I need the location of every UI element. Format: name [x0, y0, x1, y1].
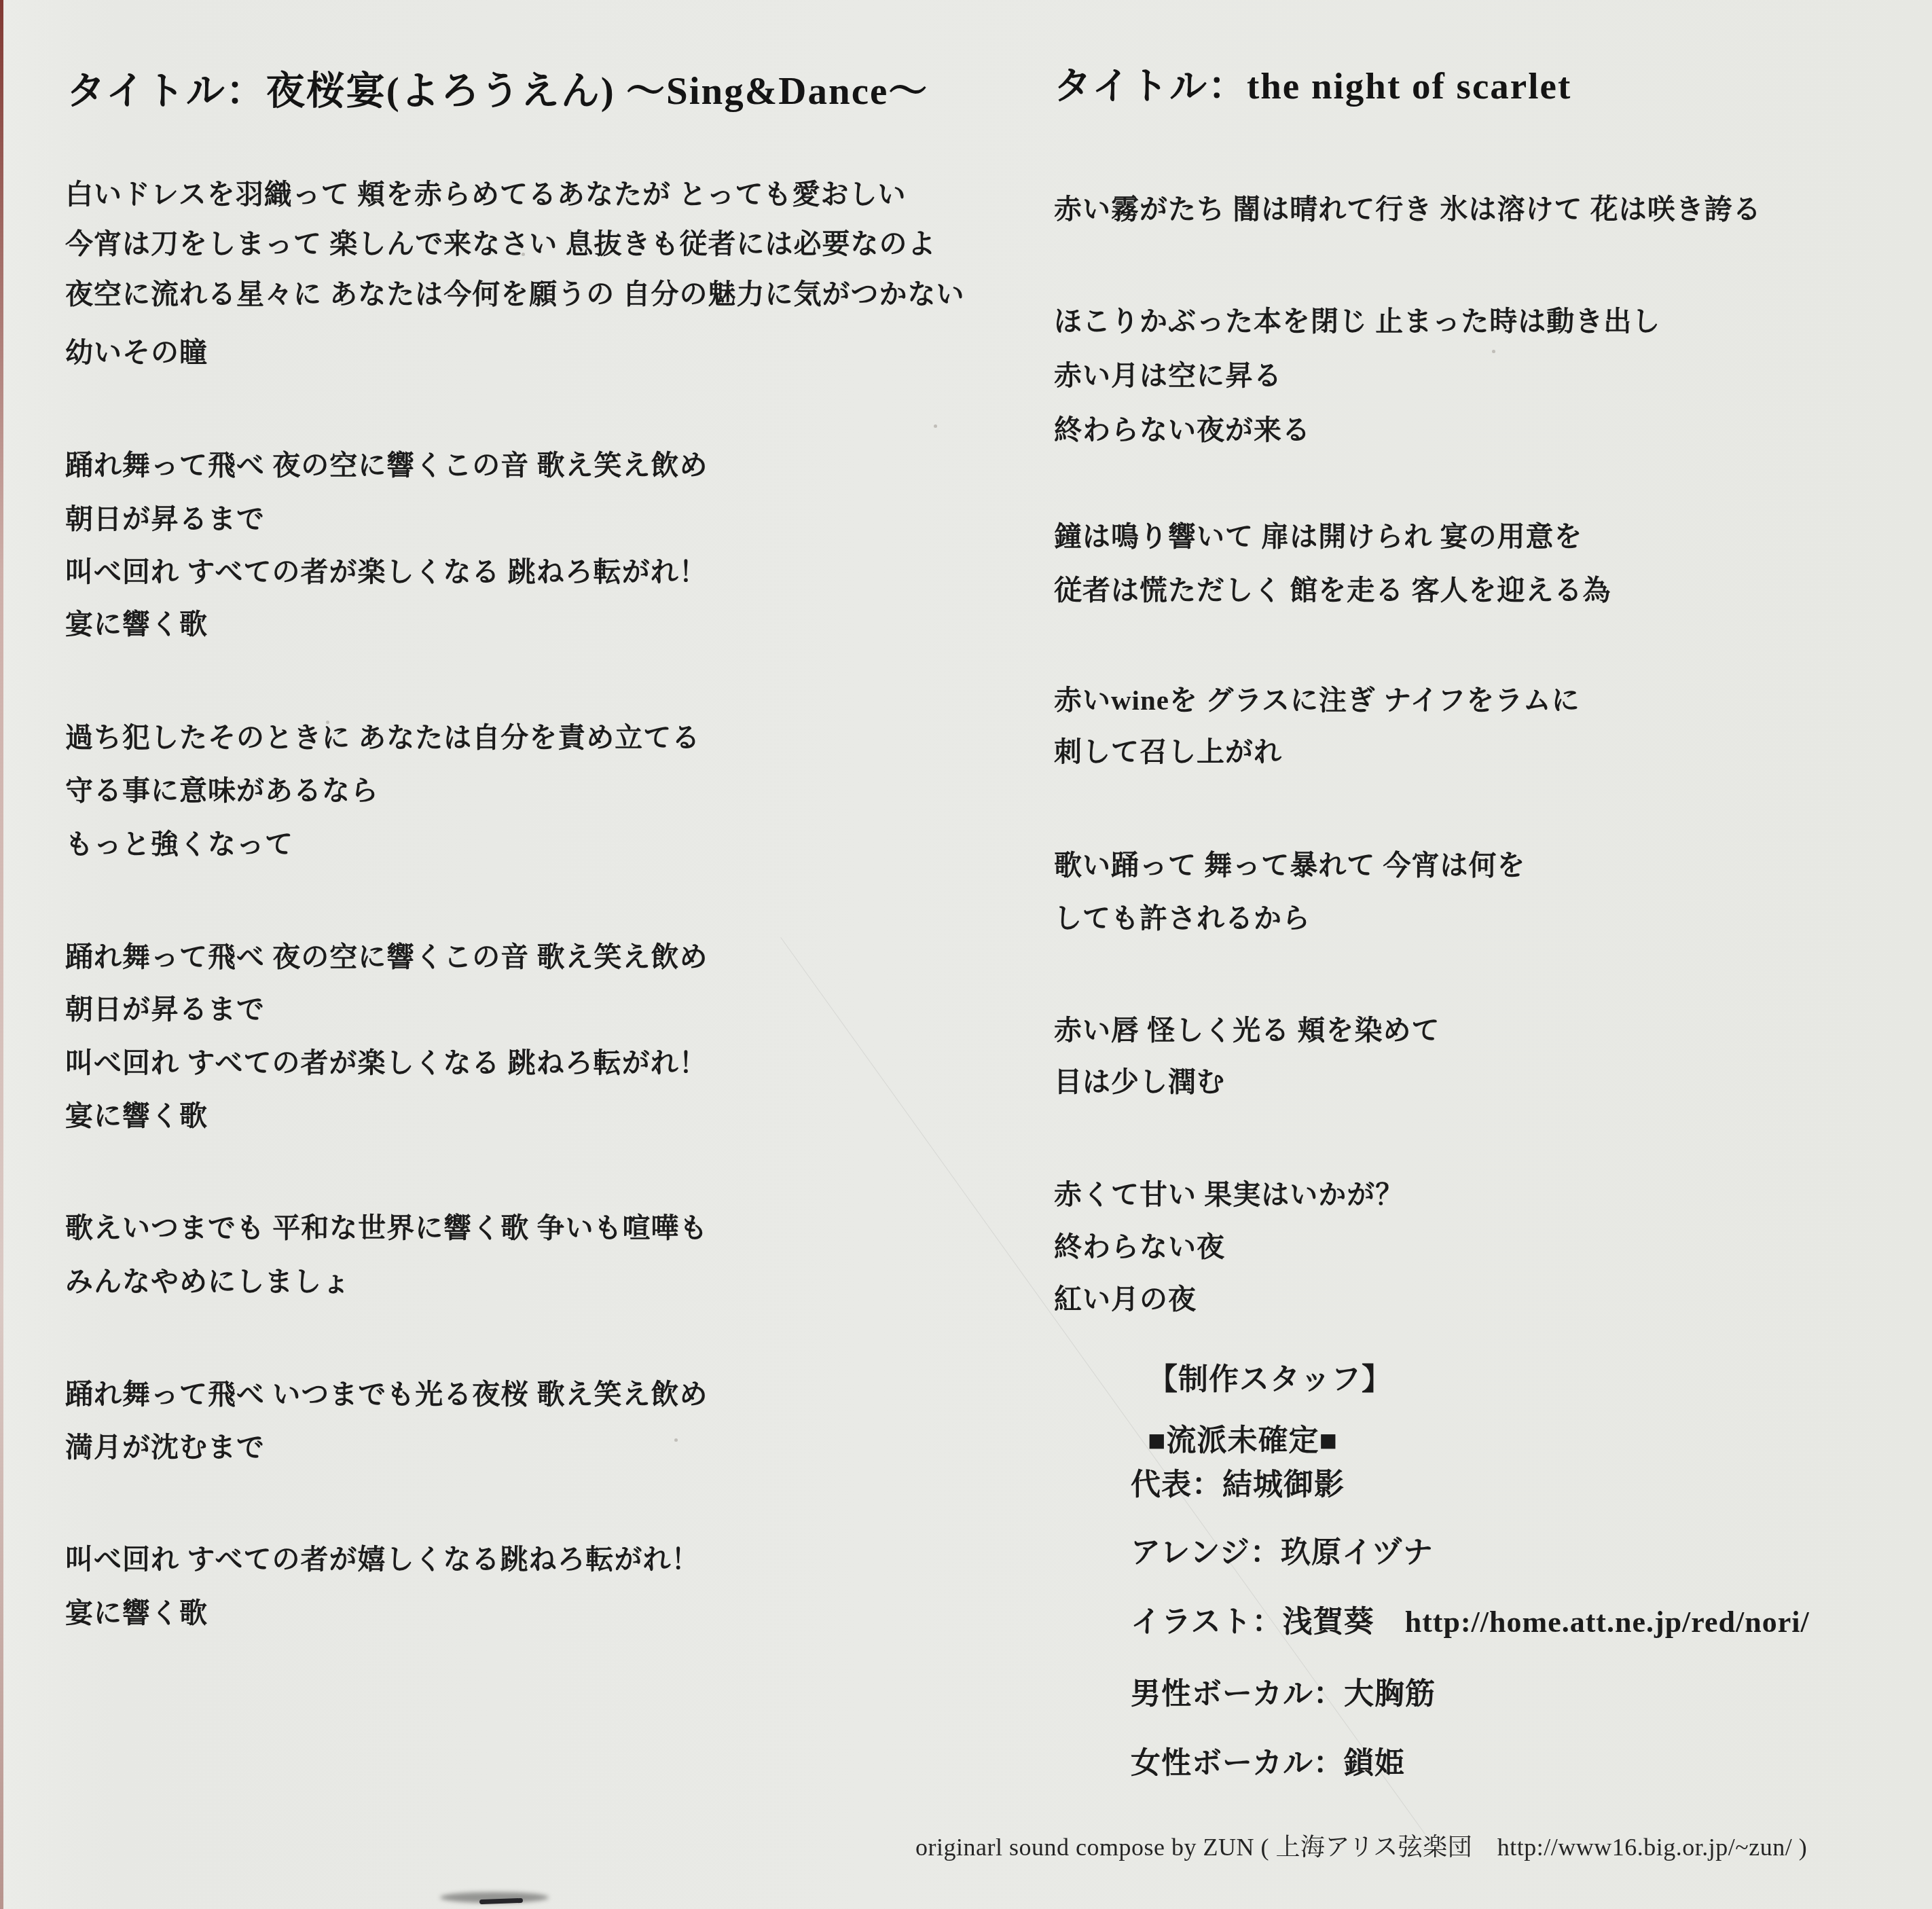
lyric-line: 今宵は刀をしまって 楽しんで来なさい 息抜きも従者には必要なのよ — [65, 221, 936, 261]
lyric-line: 満月が沈むまで — [65, 1425, 265, 1465]
lyric-line: 夜空に流れる星々に あなたは今何を願うの 自分の魅力に気がつかない — [65, 272, 965, 312]
lyric-line: もっと強くなって — [65, 822, 293, 862]
lyrics-sheet-page: タイトル：夜桜宴(よろうえん) ～Sing&Dance～ 白いドレスを羽織って … — [0, 0, 1932, 1909]
lyric-line: 歌い踊って 舞って暴れて 今宵は何を — [1054, 843, 1526, 883]
left-song-title: タイトル：夜桜宴(よろうえん) ～Sing&Dance～ — [67, 60, 928, 115]
lyric-line: 朝日が昇るまで — [65, 496, 265, 537]
lyric-line: 幼いその瞳 — [65, 330, 208, 370]
scan-edge-artifact — [0, 0, 3, 1909]
scan-speck — [1492, 350, 1495, 353]
lyric-line: 宴に響く歌 — [65, 1590, 208, 1631]
lyric-line: 朝日が昇るまで — [65, 987, 265, 1027]
lyric-line: 従者は慌ただしく 館を走る 客人を迎える為 — [1054, 568, 1611, 608]
lyric-line: 守る事に意味があるなら — [65, 768, 379, 808]
lyric-line: ほこりかぶった本を閉じ 止まった時は動き出し — [1054, 299, 1660, 339]
lyric-line: 叫べ回れ すべての者が楽しくなる 跳ねろ転がれ！ — [65, 549, 708, 589]
credit-representative: 代表：結城御影 — [1131, 1460, 1345, 1504]
lyric-line: しても許されるから — [1054, 896, 1311, 936]
lyric-line: 白いドレスを羽織って 頬を赤らめてるあなたが とっても愛おしい — [65, 172, 906, 212]
lyric-line: 宴に響く歌 — [65, 1093, 208, 1133]
credits-heading: 【制作スタッフ】 — [1148, 1355, 1392, 1398]
lyric-line: 終わらない夜が来る — [1054, 407, 1311, 448]
lyric-line: 目は少し潤む — [1054, 1059, 1225, 1099]
lyric-line: 踊れ舞って飛べ 夜の空に響くこの音 歌え笑え飲め — [65, 443, 708, 483]
lyric-line: 刺して召し上がれ — [1054, 729, 1282, 769]
lyric-line: 紅い月の夜 — [1054, 1277, 1197, 1317]
lyric-line: 赤い霧がたち 闇は晴れて行き 氷は溶けて 花は咲き誇る — [1054, 187, 1762, 227]
lyric-line: 赤くて甘い 果実はいかが？ — [1054, 1172, 1404, 1212]
lyric-line: みんなやめにしましょ — [65, 1259, 350, 1299]
lyric-line: 赤い月は空に昇る — [1054, 353, 1282, 393]
lyric-line: 赤いwineを グラスに注ぎ ナイフをラムに — [1054, 678, 1580, 718]
right-song-title: タイトル：the night of scarlet — [1054, 56, 1571, 109]
lyric-line: 叫べ回れ すべての者が楽しくなる 跳ねろ転がれ！ — [65, 1040, 708, 1080]
lyric-line: 叫べ回れ すべての者が嬉しくなる跳ねろ転がれ！ — [65, 1537, 699, 1577]
lyric-line: 終わらない夜 — [1054, 1224, 1225, 1265]
lyric-line: 踊れ舞って飛べ 夜の空に響くこの音 歌え笑え飲め — [65, 934, 708, 975]
credit-female-vocal: 女性ボーカル：鎖姫 — [1131, 1739, 1405, 1782]
lyric-line: 過ち犯したそのときに あなたは自分を責め立てる — [65, 715, 700, 755]
credit-illustration: イラスト：浅賀葵 http://home.att.ne.jp/red/nori/ — [1131, 1597, 1810, 1641]
scan-speck — [674, 1438, 678, 1442]
lyric-line: 鐘は鳴り響いて 扉は開けられ 宴の用意を — [1054, 514, 1583, 554]
lyric-line: 宴に響く歌 — [65, 602, 208, 642]
lyric-line: 踊れ舞って飛べ いつまでも光る夜桜 歌え笑え飲め — [65, 1372, 708, 1412]
lyric-line: 赤い唇 怪しく光る 頬を染めて — [1054, 1008, 1440, 1048]
circle-name: ■流派未確定■ — [1148, 1416, 1338, 1459]
credit-arrange: アレンジ：玖原イヅナ — [1131, 1528, 1434, 1571]
lyric-line: 歌えいつまでも 平和な世界に響く歌 争いも喧嘩も — [65, 1205, 708, 1246]
original-composer-credit: originarl sound compose by ZUN ( 上海アリス弦楽… — [915, 1828, 1807, 1863]
scan-smudge — [479, 1898, 523, 1904]
credit-male-vocal: 男性ボーカル：大胸筋 — [1131, 1669, 1436, 1713]
scan-speck — [934, 424, 937, 428]
